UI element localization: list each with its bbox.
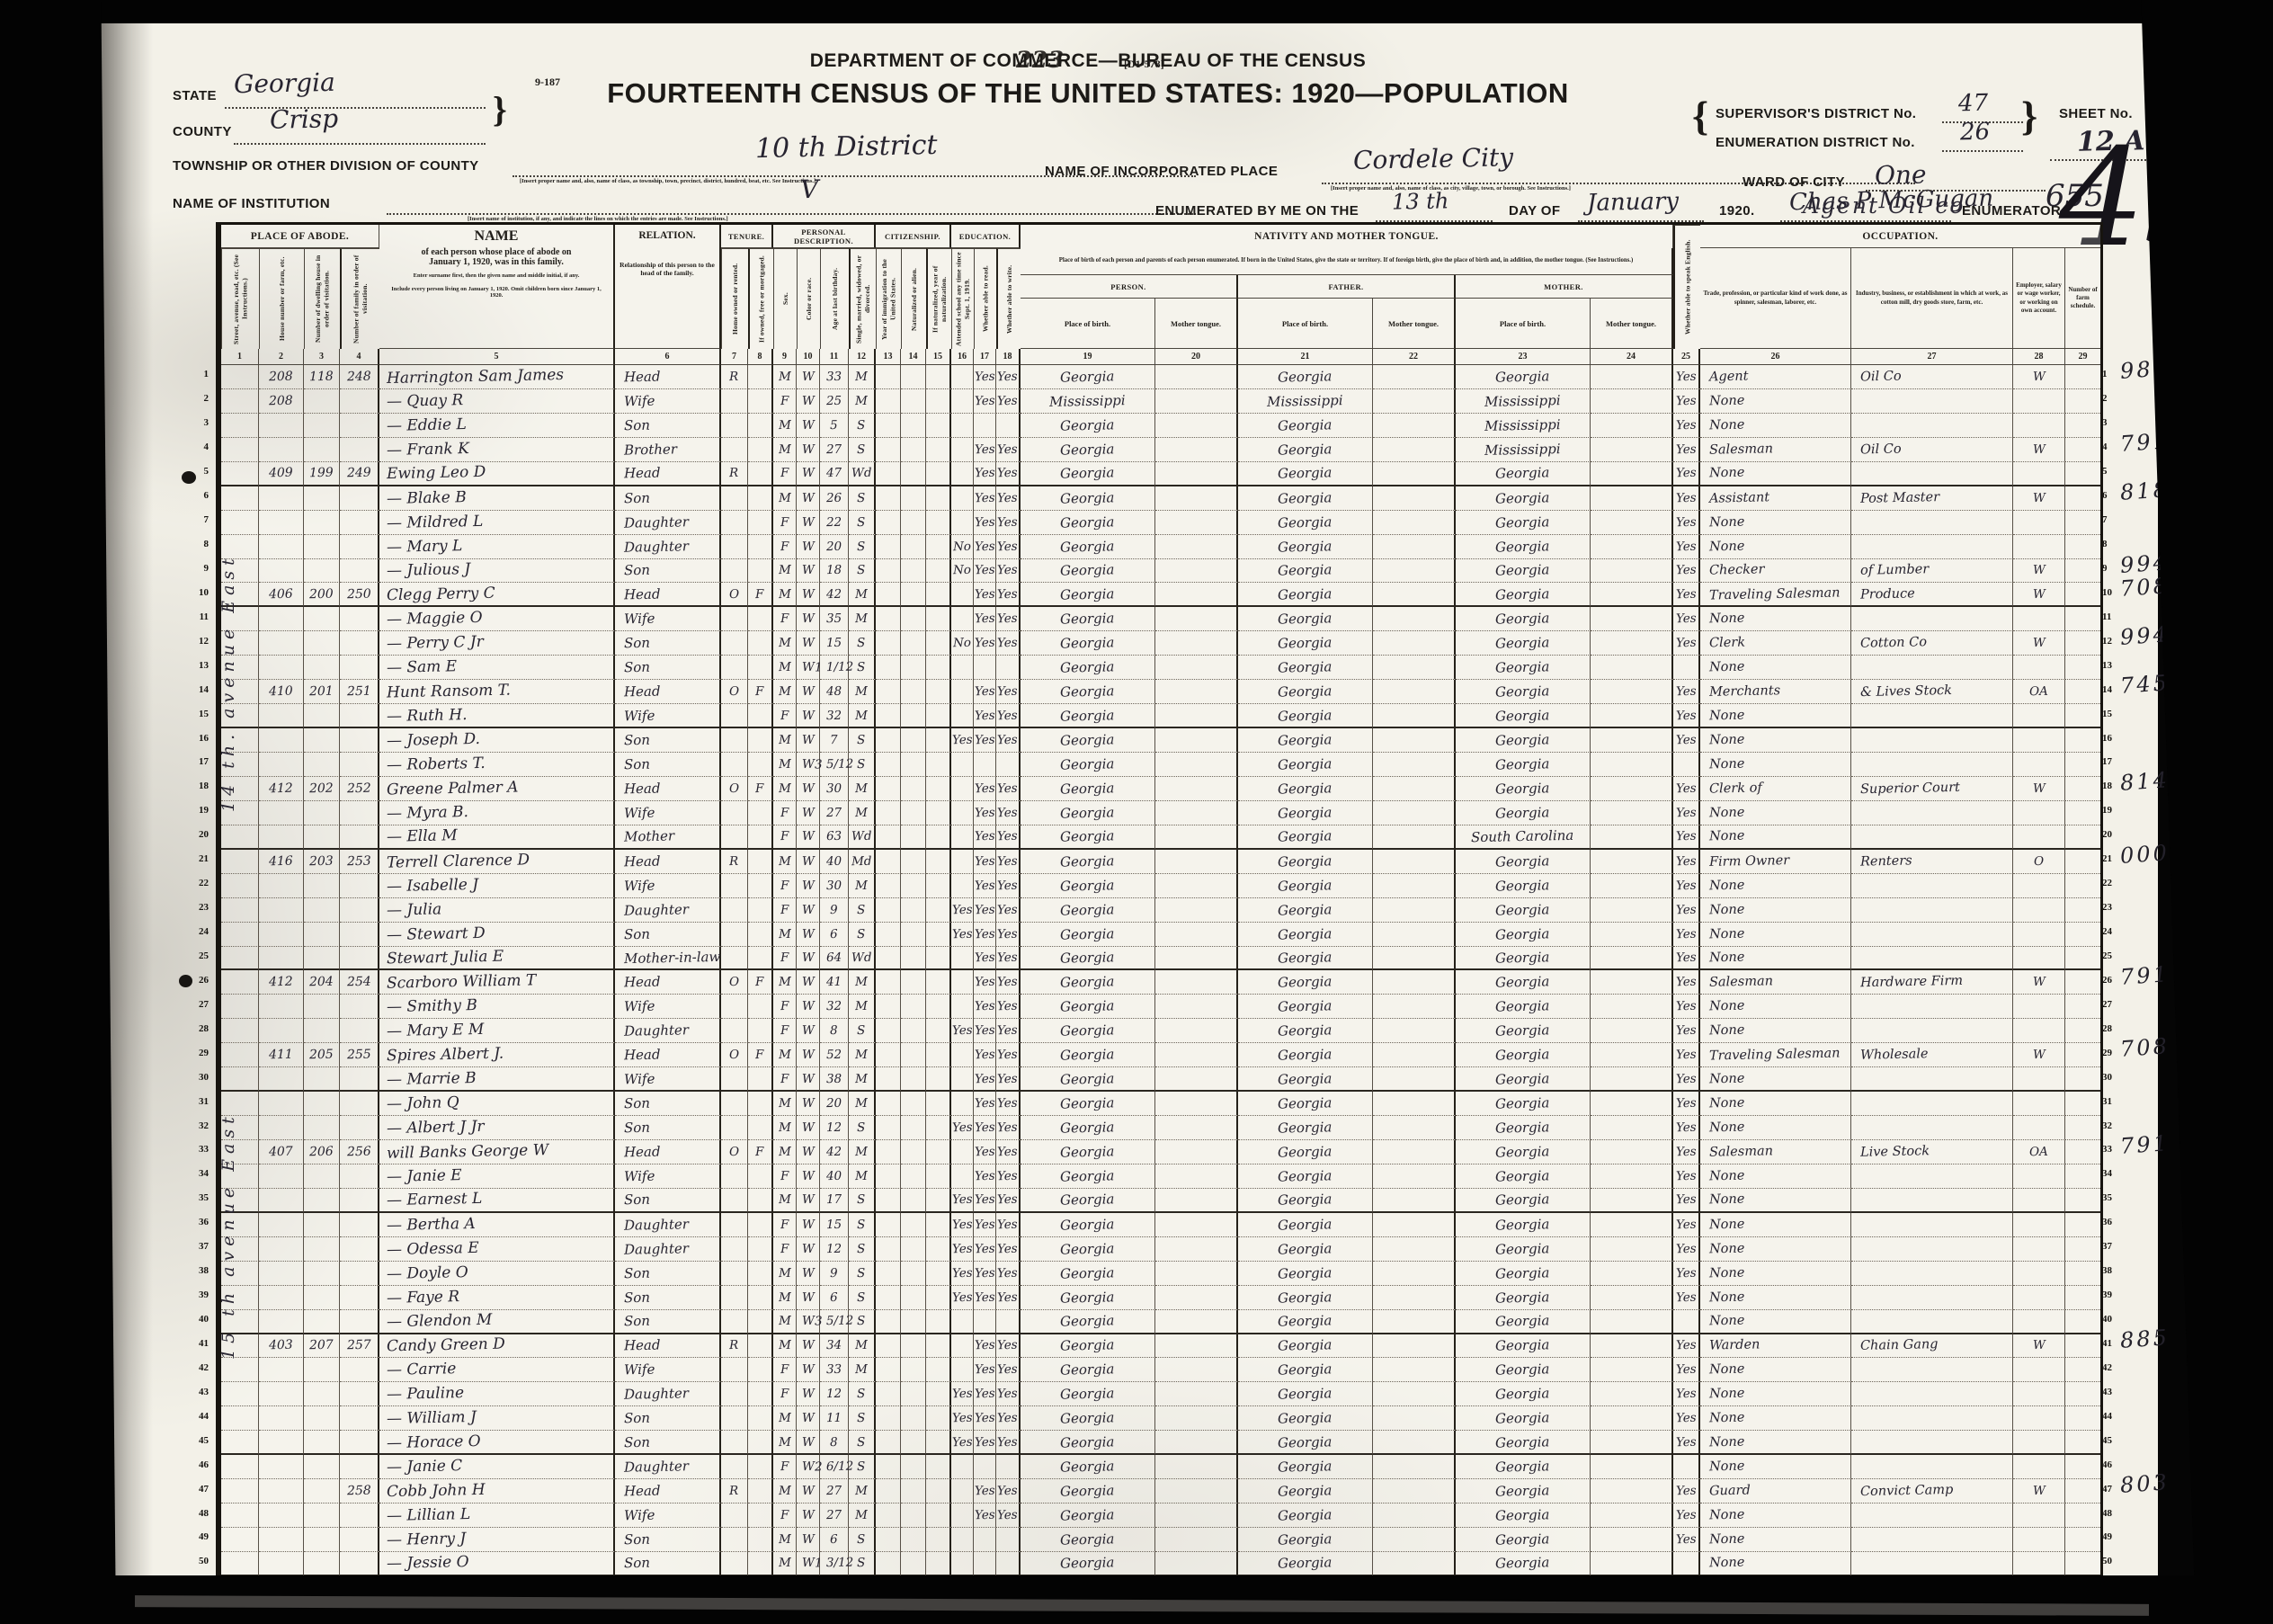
table-cell: Georgia [1021,1019,1155,1043]
table-cell [926,1043,951,1067]
handwritten-entry: Yes [1676,442,1697,457]
table-cell [1591,728,1673,753]
table-cell: Georgia [1238,414,1373,438]
column-number: 18 [996,349,1021,365]
margin-number: 791 [2119,428,2170,457]
handwritten-entry: 412 [269,975,293,990]
handwritten-entry: M [855,1508,868,1522]
table-cell [721,414,748,438]
table-cell: Georgia [1456,1019,1591,1043]
table-cell: — Henry J [379,1528,615,1552]
table-cell: Georgia [1021,1552,1155,1576]
line-number: 44 [188,1404,211,1428]
table-cell: Yes [1673,704,1700,728]
table-cell [259,486,304,511]
table-cell: None [1700,874,1851,898]
column-number: 21 [1238,349,1373,365]
table-cell: 248 [340,365,379,389]
table-cell [340,1213,379,1237]
table-cell [259,511,304,535]
table-cell [901,898,926,923]
table-cell: Yes [1673,995,1700,1019]
handwritten-entry: 207 [309,1338,334,1353]
handwritten-entry: Yes [1676,1411,1697,1425]
handwritten-entry: 12 [826,1242,842,1256]
line-number: 16 [188,726,211,750]
table-cell: Daughter [615,1455,721,1479]
handwritten-entry: Georgia [1278,562,1333,579]
handwritten-entry: W [801,394,814,408]
county-label: COUNTY [173,124,232,139]
handwritten-entry: Yes [997,1289,1018,1304]
table-cell [2065,1431,2100,1455]
handwritten-entry: Georgia [1495,925,1550,942]
handwritten-entry: Georgia [1060,1264,1115,1281]
handwritten-entry: Son [624,1410,650,1427]
table-cell: Georgia [1456,1116,1591,1140]
handwritten-entry: 41 [826,975,842,989]
table-cell [721,1189,748,1213]
handwritten-entry: W [801,1387,814,1401]
handwritten-entry: F [780,950,789,965]
table-cell: 202 [304,777,340,801]
table-cell: O [721,1140,748,1164]
handwritten-entry: Georgia [1060,1506,1115,1523]
table-cell: F [773,898,797,923]
table-cell: Yes [1673,1504,1700,1528]
column-number: 29 [2065,349,2100,365]
line-number: 46 [188,1452,211,1477]
table-cell: 207 [304,1334,340,1359]
table-cell: Yes [1673,1067,1700,1092]
table-cell [901,1406,926,1431]
sheet-label: SHEET No. [2059,106,2133,121]
table-cell [2013,607,2065,631]
table-cell: Georgia [1456,511,1591,535]
table-cell: S [849,1019,876,1043]
handwritten-entry: Yes [1676,1434,1697,1449]
table-cell: M [849,1358,876,1382]
handwritten-entry: Yes [975,1241,995,1255]
table-cell: Georgia [1021,1310,1155,1334]
handwritten-entry: Terrell Clarence D [387,851,530,871]
handwritten-entry: Georgia [1060,1312,1115,1329]
table-cell [1155,1504,1238,1528]
handwritten-entry: Georgia [1060,465,1115,482]
handwritten-entry: W [801,1314,814,1328]
line-number: 33 [188,1138,211,1162]
table-cell: M [849,1140,876,1164]
table-cell: Yes [951,1382,974,1406]
table-cell [1155,1455,1238,1479]
handwritten-entry: S [857,1242,866,1256]
handwritten-entry: M [855,1169,868,1183]
handwritten-entry: Daughter [624,513,689,531]
handwritten-entry: Yes [975,708,995,722]
margin-number: 745 [2119,670,2170,699]
table-cell: Yes [951,1019,974,1043]
handwritten-entry: Harrington Sam James [387,366,564,388]
handwritten-entry: Georgia [1060,1482,1115,1499]
handwritten-entry: Stewart Julia E [387,948,504,968]
table-cell [259,1528,304,1552]
handwritten-entry: S [857,926,866,941]
place-value: Cordele City [1353,142,1514,175]
table-cell [1591,923,1673,947]
table-cell: F [773,801,797,825]
handwritten-entry: Cotton Co [1860,636,1927,652]
table-cell [901,777,926,801]
table-cell: Hardware Firm [1851,970,2013,995]
table-cell: Yes [974,1237,996,1262]
handwritten-entry: Head [624,1144,661,1161]
table-cell: Yes [974,607,996,631]
father-pob-header: Place of birth. [1238,299,1373,349]
table-cell: Georgia [1021,1140,1155,1164]
table-cell [340,559,379,584]
handwritten-entry: South Carolina [1471,827,1574,845]
handwritten-entry: — Faye R [387,1288,459,1307]
handwritten-entry: Georgia [1278,974,1333,991]
table-cell [340,995,379,1019]
handwritten-entry: None [1709,417,1745,433]
handwritten-entry: 25 [826,394,842,408]
handwritten-entry: 199 [309,466,334,481]
table-cell: Yes [951,1262,974,1286]
table-cell [1373,1334,1456,1359]
table-cell: W [797,1189,820,1213]
handwritten-entry: 412 [269,781,293,797]
handwritten-entry: Georgia [1495,877,1550,894]
table-cell [304,1189,340,1213]
table-cell: Georgia [1456,1140,1591,1164]
table-cell: Yes [1673,583,1700,607]
table-cell [1373,1310,1456,1334]
line-number: 31 [2099,1089,2123,1113]
table-cell [1373,704,1456,728]
margin-number: 980 [2119,355,2170,384]
table-cell: Georgia [1456,1431,1591,1455]
table-cell [259,607,304,631]
handwritten-entry: None [1709,829,1745,844]
table-cell [951,656,974,680]
table-cell [926,631,951,656]
table-cell: Georgia [1021,1237,1155,1262]
line-number: 25 [188,944,211,968]
table-cell [1155,1067,1238,1092]
table-cell: W [797,511,820,535]
handwritten-entry: Georgia [1278,611,1333,628]
handwritten-entry: Georgia [1495,513,1550,531]
table-cell: Yes [1673,1406,1700,1431]
handwritten-entry: 63 [826,829,842,843]
handwritten-entry: Yes [997,1362,1018,1377]
handwritten-entry: Yes [997,1241,1018,1255]
table-cell: Georgia [1238,511,1373,535]
table-cell: Georgia [1021,438,1155,462]
handwritten-entry: Georgia [1495,562,1550,579]
table-cell [1591,801,1673,825]
table-cell: Georgia [1238,1043,1373,1067]
handwritten-entry: Georgia [1495,1530,1550,1548]
line-number: 6 [188,484,211,508]
table-cell [1373,1189,1456,1213]
street-name-lower: 15 th avenue East [218,993,251,1478]
table-cell: 30 [820,874,849,898]
table-cell [926,438,951,462]
handwritten-entry: of Lumber [1860,563,1930,579]
table-cell [876,559,901,584]
table-cell [926,898,951,923]
handwritten-entry: Yes [1676,902,1697,916]
table-cell: 11 [820,1406,849,1431]
table-cell [748,1237,773,1262]
handwritten-entry: Georgia [1278,1337,1333,1354]
table-cell [748,1189,773,1213]
handwritten-entry: — Henry J [387,1530,467,1549]
table-cell [1673,1455,1700,1479]
table-cell: — Julia [379,898,615,923]
table-cell: Yes [996,728,1021,753]
table-cell [340,923,379,947]
table-cell: O [721,1043,748,1067]
handwritten-entry: — Frank K [387,440,469,460]
col-farm-schedule: Number of farm schedule. [2065,248,2100,349]
table-cell [259,1310,304,1334]
table-cell: F [773,825,797,850]
handwritten-entry: Head [624,780,661,797]
table-cell: Yes [996,1092,1021,1116]
handwritten-entry: Yes [997,1508,1018,1522]
table-cell: R [721,1334,748,1359]
table-cell: 47 [820,462,849,486]
table-cell [1155,995,1238,1019]
table-cell: O [721,583,748,607]
col-dwelling-number: Number of dwelling house in order of vis… [304,248,340,349]
handwritten-entry: Georgia [1495,1506,1550,1523]
table-cell: Georgia [1021,1262,1155,1286]
table-cell: M [773,438,797,462]
table-cell [1373,947,1456,971]
table-cell [876,898,901,923]
handwritten-entry: Yes [952,1023,973,1038]
handwritten-entry: S [857,1435,866,1450]
table-cell: Yes [996,1116,1021,1140]
table-cell [901,850,926,874]
table-cell [748,874,773,898]
handwritten-entry: Yes [975,1169,995,1183]
handwritten-entry: W [801,539,814,553]
handwritten-entry: Yes [1676,490,1697,504]
handwritten-entry: None [1709,1434,1745,1450]
handwritten-entry: 9 [830,903,838,917]
table-cell [901,1189,926,1213]
table-cell: Georgia [1456,1528,1591,1552]
table-cell: Georgia [1238,535,1373,559]
table-cell [2013,923,2065,947]
table-cell: Yes [974,583,996,607]
table-cell: — William J [379,1406,615,1431]
table-cell: Yes [974,1504,996,1528]
table-cell: No [951,535,974,559]
handwritten-entry: — Glendon M [387,1311,493,1331]
table-cell [951,486,974,511]
table-cell: M [773,559,797,584]
table-cell: Son [615,414,721,438]
table-cell [876,1504,901,1528]
column-number: 24 [1591,349,1673,365]
table-cell [1373,365,1456,389]
handwritten-entry: Spires Albert J. [387,1045,504,1066]
table-cell [721,1504,748,1528]
handwritten-entry: None [1709,1289,1745,1305]
line-number: 29 [188,1040,211,1065]
table-cell: None [1700,1310,1851,1334]
table-cell: Yes [1673,631,1700,656]
table-cell [340,898,379,923]
table-cell: F [773,1019,797,1043]
line-number: 36 [188,1210,211,1235]
handwritten-entry: None [1709,1168,1745,1183]
table-cell [721,898,748,923]
handwritten-entry: OA [2029,684,2048,699]
table-cell [1591,1358,1673,1382]
handwritten-entry: F [780,539,789,553]
table-cell: S [849,511,876,535]
table-cell [721,1237,748,1262]
table-cell [951,1164,974,1189]
county-value: Crisp [270,103,339,135]
table-cell: Georgia [1456,704,1591,728]
table-cell: 3 5/12 [820,1310,849,1334]
handwritten-entry: 12 [826,1387,842,1401]
handwritten-entry: Georgia [1495,1386,1550,1403]
handwritten-entry: M [778,1266,790,1280]
table-cell [304,1431,340,1455]
handwritten-entry: None [1709,805,1745,820]
line-numbers-left: 1234567891011121314151617181920212223242… [188,362,211,1574]
table-cell: Yes [996,486,1021,511]
handwritten-entry: Yes [997,394,1018,408]
table-cell [1851,607,2013,631]
person-tongue-header: Mother tongue. [1155,299,1238,349]
table-cell: M [849,1067,876,1092]
handwritten-entry: None [1709,1217,1745,1232]
table-cell: Yes [1673,365,1700,389]
handwritten-entry: Mississippi [1484,416,1561,434]
handwritten-entry: Georgia [1278,707,1333,724]
table-cell: 25 [820,389,849,414]
table-cell: Yes [996,1406,1021,1431]
table-cell [2013,1164,2065,1189]
table-cell [259,1237,304,1262]
handwritten-entry: 1 1/12 [815,660,854,675]
handwritten-entry: Son [624,1555,650,1572]
handwritten-entry: W [801,1556,814,1570]
table-cell [2013,1286,2065,1310]
table-cell: Head [615,1334,721,1359]
handwritten-entry: W [2032,781,2045,796]
table-cell: Wife [615,1067,721,1092]
table-cell: Son [615,1262,721,1286]
table-cell [304,1382,340,1406]
handwritten-entry: — John Q [387,1093,459,1113]
handwritten-entry: Wd [851,829,872,843]
table-cell: Yes [1673,1334,1700,1359]
table-cell: Yes [974,1334,996,1359]
handwritten-entry: None [1709,1023,1745,1039]
table-cell: Hunt Ransom T. [379,680,615,704]
line-number: 27 [2099,992,2123,1016]
handwritten-entry: Georgia [1060,1530,1115,1548]
handwritten-entry: M [778,1435,790,1450]
margin-number: 708 [2119,574,2170,602]
table-cell [926,874,951,898]
table-cell [2065,1092,2100,1116]
handwritten-entry: Yes [997,1265,1018,1280]
table-cell [1155,1140,1238,1164]
handwritten-entry: Georgia [1278,925,1333,942]
table-cell [2013,1213,2065,1237]
handwritten-entry: Georgia [1278,828,1333,845]
table-cell: Yes [1673,1019,1700,1043]
table-cell [901,1358,926,1382]
handwritten-entry: S [857,539,866,553]
handwritten-entry: W [801,1362,814,1377]
table-cell [259,1431,304,1455]
line-number: 36 [2099,1210,2123,1235]
table-cell: Georgia [1456,1286,1591,1310]
table-cell: Yes [1673,728,1700,753]
handwritten-entry: F [780,1362,789,1377]
table-cell [996,1310,1021,1334]
handwritten-entry: Georgia [1278,998,1333,1015]
table-cell: — Jessie O [379,1552,615,1576]
table-cell: M [773,414,797,438]
line-number: 2 [188,387,211,411]
table-cell [748,535,773,559]
table-cell [1373,535,1456,559]
table-cell: Son [615,923,721,947]
column-number: 2 [259,349,304,365]
handwritten-entry: Traveling Salesman [1709,1047,1841,1064]
handwritten-entry: Georgia [1060,1555,1115,1572]
handwritten-entry: Georgia [1278,1022,1333,1040]
handwritten-entry: None [1709,1411,1745,1426]
handwritten-entry: Georgia [1060,949,1115,966]
table-cell: Yes [996,1334,1021,1359]
table-cell: Yes [996,365,1021,389]
table-cell: — Mary L [379,535,615,559]
handwritten-entry: 27 [826,1484,842,1498]
handwritten-entry: Yes [997,1023,1018,1038]
col-mortgage: If owned, free or mortgaged. [748,248,773,349]
table-cell: Head [615,1140,721,1164]
table-cell: Georgia [1456,753,1591,777]
table-cell [1673,1310,1700,1334]
table-cell: Georgia [1238,1552,1373,1576]
handwritten-entry: Daughter [624,1022,689,1040]
table-cell [1373,1237,1456,1262]
table-cell: — Mary E M [379,1019,615,1043]
col-speak-english: Whether able to speak English. [1673,225,1700,349]
table-cell [1373,1504,1456,1528]
line-number: 42 [188,1355,211,1379]
table-cell [901,1455,926,1479]
table-cell: Yes [974,1431,996,1455]
table-cell [340,801,379,825]
table-cell [876,923,901,947]
